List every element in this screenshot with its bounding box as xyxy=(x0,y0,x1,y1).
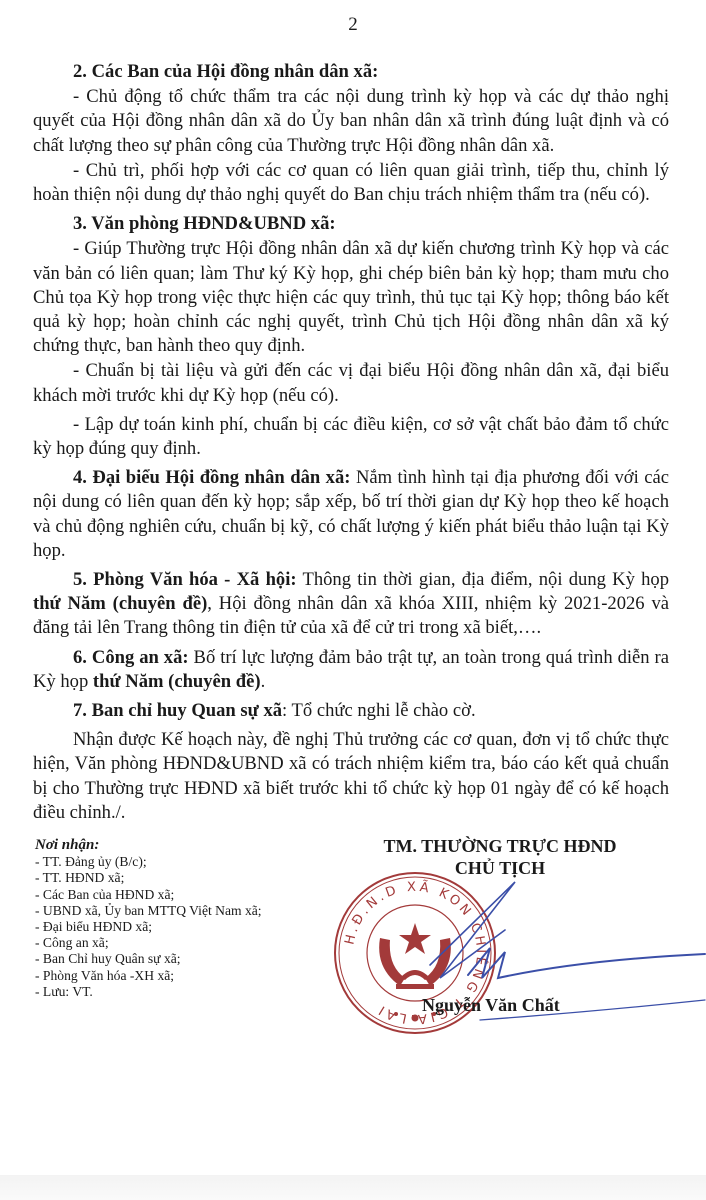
section-3-paragraph-3: - Lập dự toán kinh phí, chuẩn bị các điề… xyxy=(33,413,669,461)
section-3-paragraph-1: - Giúp Thường trực Hội đồng nhân dân xã … xyxy=(33,237,669,358)
section-heading-3: 3. Văn phòng HĐND&UBND xã: xyxy=(33,212,669,236)
recipient-item: - TT. HĐND xã; xyxy=(35,870,335,886)
recipient-item: - Các Ban của HĐND xã; xyxy=(35,887,335,903)
recipients-title: Nơi nhận: xyxy=(35,837,335,853)
section-7-paragraph: 7. Ban chỉ huy Quan sự xã: Tổ chức nghi … xyxy=(33,699,669,723)
section-5-paragraph: 5. Phòng Văn hóa - Xã hội: Thông tin thờ… xyxy=(33,568,669,641)
signature-title: TM. THƯỜNG TRỰC HĐND xyxy=(340,835,660,857)
recipient-item: - Lưu: VT. xyxy=(35,984,335,1000)
viewer-bottom-edge xyxy=(0,1175,706,1200)
recipient-item: - Đại biểu HĐND xã; xyxy=(35,919,335,935)
recipient-item: - Phòng Văn hóa -XH xã; xyxy=(35,968,335,984)
recipient-item: - Công an xã; xyxy=(35,935,335,951)
section-4-paragraph: 4. Đại biểu Hội đồng nhân dân xã: Nắm tì… xyxy=(33,466,669,563)
section-3-paragraph-2: - Chuẩn bị tài liệu và gửi đến các vị đạ… xyxy=(33,359,669,407)
recipient-item: - TT. Đảng ủy (B/c); xyxy=(35,854,335,870)
recipient-item: - UBND xã, Ủy ban MTTQ Việt Nam xã; xyxy=(35,903,335,919)
recipients-list: Nơi nhận: - TT. Đảng ủy (B/c); - TT. HĐN… xyxy=(35,837,335,1000)
document-body: 2. Các Ban của Hội đồng nhân dân xã: - C… xyxy=(33,60,669,830)
signer-name: Nguyễn Văn Chất xyxy=(422,995,560,1016)
section-6-paragraph: 6. Công an xã: Bố trí lực lượng đảm bảo … xyxy=(33,646,669,694)
page-number: 2 xyxy=(0,14,706,36)
recipient-item: - Ban Chỉ huy Quân sự xã; xyxy=(35,951,335,967)
section-heading-2: 2. Các Ban của Hội đồng nhân dân xã: xyxy=(33,60,669,84)
closing-paragraph: Nhận được Kế hoạch này, đề nghị Thủ trưở… xyxy=(33,728,669,825)
section-2-paragraph-1: - Chủ động tổ chức thẩm tra các nội dung… xyxy=(33,85,669,158)
section-2-paragraph-2: - Chủ trì, phối hợp với các cơ quan có l… xyxy=(33,159,669,207)
